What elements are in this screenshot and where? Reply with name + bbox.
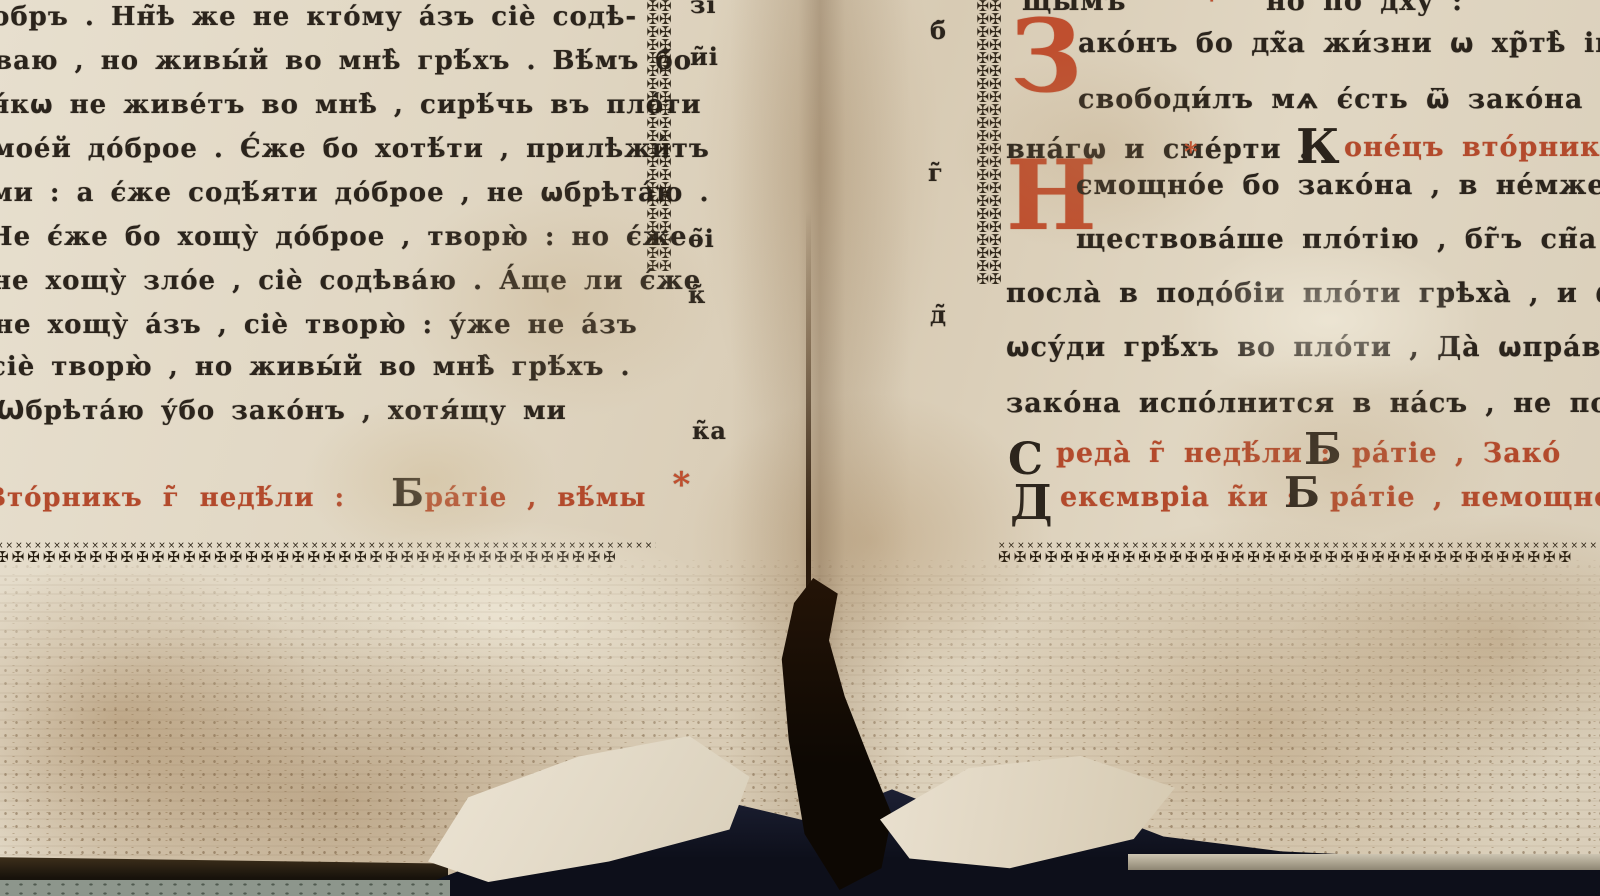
verse-number-21: к̃а: [692, 416, 727, 445]
left-text-line: ми : а є́же содѣ́яти до́брое , не ѡбрѣта…: [0, 180, 710, 206]
fragment-text: но по дх̃у :: [1266, 0, 1463, 17]
rubric-red-text: ра́тіе , вѣ́мы: [425, 483, 647, 513]
right-text-line: ємощно́е бо зако́на , в не́мже немо: [1076, 172, 1600, 199]
gutter-crease-line: [806, 210, 811, 610]
left-text-line: ваю , но живы́й во мнѣ̀ грѣ́хъ . Вѣ́мъ б…: [0, 48, 692, 74]
rubric-red-text: ра́тіе , Зако́: [1352, 440, 1561, 467]
rubric-red-text: ра́тіе , немощно́е: [1330, 484, 1600, 511]
verse-number-18: и̃і: [690, 42, 719, 71]
rubric-initial-b: Б: [391, 470, 424, 515]
left-text-line: Ѡбрѣта́ю у́бо зако́нъ , хотя́щу ми: [0, 398, 567, 424]
left-text-line: мое́й до́брое . Є́же бо хотѣ́ти , прилѣж…: [0, 136, 710, 162]
drop-cap-zakon: З: [1010, 16, 1082, 96]
rubric-red-text: Вто́рникъ г̃ недѣ́ли :: [0, 483, 345, 513]
page-edge-stack-right: [1128, 854, 1600, 870]
right-page-gutter-ornament-border: ✠✠✠✠✠✠✠✠✠✠✠✠✠✠✠✠✠✠✠✠✠✠✠✠✠✠✠✠✠✠✠✠✠✠✠✠✠✠✠✠…: [976, 0, 1002, 566]
right-text-line: свободи́лъ мѧ є́сть ѿ зако́на , грѣ: [1078, 86, 1600, 113]
rubric-initial-b: Б: [1284, 476, 1320, 510]
left-rubric-line: Вто́рникъ г̃ недѣ́ли : Бра́тіе , вѣ́мы *: [0, 478, 685, 512]
rubric-initial-d: Д: [1010, 484, 1053, 522]
ornament-cross-row: ✠✠✠✠✠✠✠✠✠✠✠✠✠✠✠✠✠✠✠✠✠✠✠✠✠✠✠✠✠✠✠✠✠✠✠✠✠: [998, 550, 1600, 565]
left-page-gutter-ornament-border: ✠✠✠✠✠✠✠✠✠✠✠✠✠✠✠✠✠✠✠✠✠✠✠✠✠✠✠✠✠✠✠✠✠✠✠✠✠✠✠✠…: [646, 0, 672, 548]
right-text-line: посла̀ в подо́біи пло́ти грѣха̀ , и ѡ гр…: [1006, 280, 1600, 307]
right-text-line: ѡсу́ди грѣ́хъ во пло́ти , Да̀ ѡпра́вда: [1006, 334, 1600, 361]
floor-visible-corner: [0, 880, 450, 896]
right-page: ✠✠✠✠✠✠✠✠✠✠✠✠✠✠✠✠✠✠✠✠✠✠✠✠✠✠✠✠✠✠✠✠✠✠✠✠✠✠✠✠…: [812, 0, 1600, 880]
left-text-line: я́кѡ не живе́тъ во мнѣ̀ , сирѣ́чь въ пло…: [0, 92, 702, 118]
ornament-cross-row: ✠✠✠✠✠✠✠✠✠✠✠✠✠✠✠✠✠✠✠✠✠✠✠✠✠✠✠✠✠✠✠✠✠✠✠✠✠✠✠✠: [0, 550, 656, 565]
rubric-initial-s: С: [1008, 442, 1043, 477]
red-asterisk-mark: *: [1204, 0, 1221, 18]
left-text-line: сіѐ творю̀ , но живы́й во мнѣ̀ грѣ́хъ .: [0, 354, 631, 380]
right-page-footer-ornament-border: ××××××××××××××××××××××××××××××××××××××××…: [998, 542, 1600, 570]
right-text-line: ществова́ше пло́тію , бг̃ъ сн̃а сво: [1076, 226, 1600, 253]
verse-number-19: ѳ̃і: [688, 224, 715, 253]
verse-number-20: к̃: [688, 280, 706, 309]
left-text-line: не хощу̀ а́зъ , сіѐ творю̀ : у́же не а́з…: [0, 312, 638, 338]
verse-number-17: з̃і: [690, 0, 716, 19]
verse-number-4: д̃: [930, 300, 947, 329]
red-asterisk-mark: *: [1184, 138, 1198, 168]
konets-initial-k: К: [1296, 128, 1340, 166]
verse-number-2: б̃: [930, 16, 947, 45]
left-text-line: обръ . Нн̃ѣ же не кто́му а́зъ сіѐ содѣ-: [0, 4, 637, 30]
left-text-line: Не є́же бо хощу̀ до́брое , творю̀ : но є…: [0, 224, 688, 250]
left-text-line: не хощу̀ зло́е , сіѐ содѣва́ю . А́ще ли …: [0, 268, 701, 294]
open-book-photo: обръ . Нн̃ѣ же не кто́му а́зъ сіѐ содѣ- …: [0, 0, 1600, 896]
konets-red-text: оне́цъ вто́рнику: [1344, 134, 1600, 161]
rubric-red-text: реда̀ г̃ недѣ́ли :: [1056, 440, 1331, 467]
right-text-line: ако́нъ бо дх̃а жи́зни ѡ хр̃тѣ̀ іи̃сѣ: [1078, 30, 1600, 57]
left-page-footer-ornament-border: ××××××××××××××××××××××××××××××××××××××××…: [0, 542, 656, 570]
rubric-initial-b: Б: [1304, 432, 1342, 467]
red-asterisk-mark: *: [672, 465, 691, 505]
rubric-red-text: екємвріа к̃и :: [1060, 484, 1297, 511]
right-text-line: зако́на испо́лнится в на́съ , не по пл: [1006, 390, 1600, 417]
right-top-fragment-line: щымъ * но по дх̃у :: [1022, 0, 1463, 16]
verse-number-3: г̃: [928, 158, 944, 187]
